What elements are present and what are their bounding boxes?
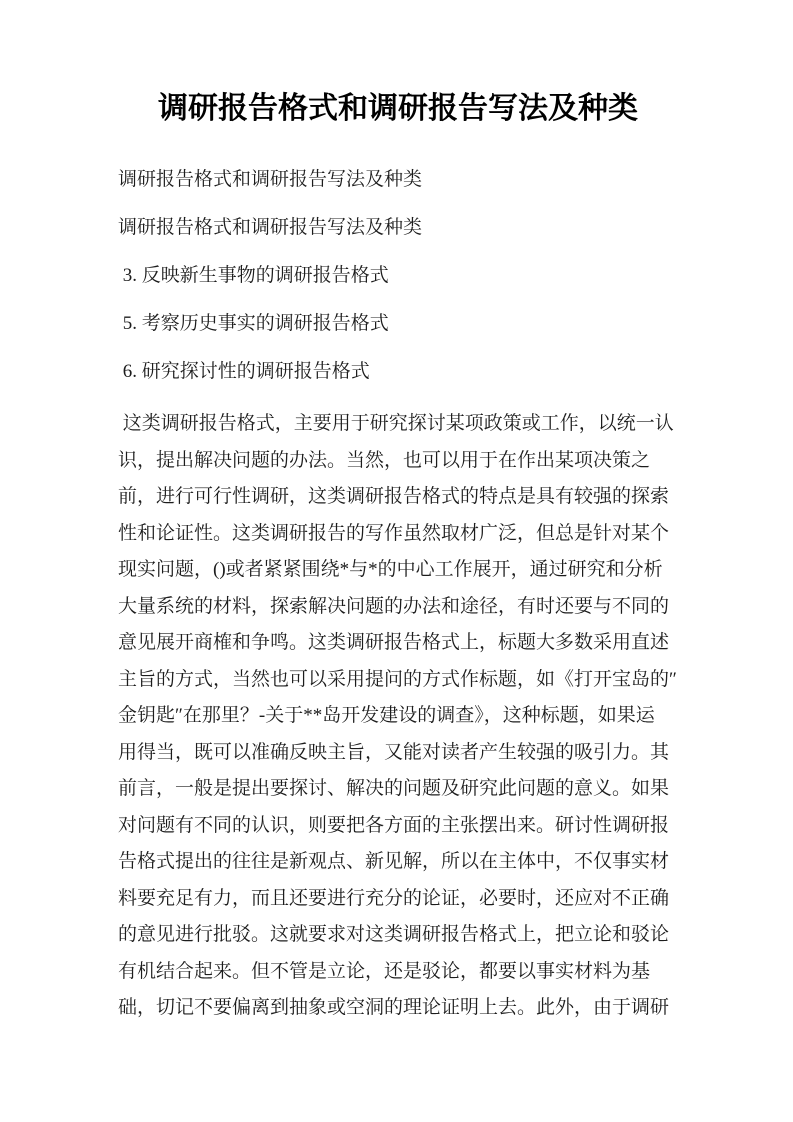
body-line: 现实问题，()或者紧紧围绕*与*的中心工作展开，通过研究和分析 xyxy=(118,552,678,589)
list-item: 6. 研究探讨性的调研报告格式 xyxy=(118,358,678,386)
document-content: 调研报告格式和调研报告写法及种类 调研报告格式和调研报告写法及种类调研报告格式和… xyxy=(118,88,678,1027)
body-paragraph: 这类调研报告格式，主要用于研究探讨某项政策或工作，以统一认识，提出解决问题的办法… xyxy=(118,406,678,1027)
body-line: 前言，一般是提出要探讨、解决的问题及研究此问题的意义。如果 xyxy=(118,771,678,808)
body-line: 意见展开商榷和争鸣。这类调研报告格式上，标题大多数采用直述 xyxy=(118,625,678,662)
body-line: 主旨的方式，当然也可以采用提问的方式作标题，如《打开宝岛的″ xyxy=(118,662,678,699)
heading-line: 调研报告格式和调研报告写法及种类 xyxy=(118,166,678,194)
body-line: 础，切记不要偏离到抽象或空洞的理论证明上去。此外，由于调研 xyxy=(118,990,678,1027)
body-line: 有机结合起来。但不管是立论，还是驳论，都要以事实材料为基 xyxy=(118,954,678,991)
body-line: 对问题有不同的认识，则要把各方面的主张摆出来。研讨性调研报 xyxy=(118,808,678,845)
body-line: 大量系统的材料，探索解决问题的办法和途径，有时还要与不同的 xyxy=(118,589,678,626)
body-line: 识，提出解决问题的办法。当然，也可以用于在作出某项决策之 xyxy=(118,443,678,480)
list-item: 5. 考察历史事实的调研报告格式 xyxy=(118,310,678,338)
list-item: 3. 反映新生事物的调研报告格式 xyxy=(118,262,678,290)
document-title: 调研报告格式和调研报告写法及种类 xyxy=(118,88,678,130)
document-page: 调研报告格式和调研报告写法及种类 调研报告格式和调研报告写法及种类调研报告格式和… xyxy=(0,0,793,1122)
body-line: 金钥匙″在那里？-关于**岛开发建设的调查》，这种标题，如果运 xyxy=(118,698,678,735)
body-line: 性和论证性。这类调研报告的写作虽然取材广泛，但总是针对某个 xyxy=(118,516,678,553)
body-line: 用得当，既可以准确反映主旨，又能对读者产生较强的吸引力。其 xyxy=(118,735,678,772)
body-line: 告格式提出的往往是新观点、新见解，所以在主体中，不仅事实材 xyxy=(118,844,678,881)
body-line: 的意见进行批驳。这就要求对这类调研报告格式上，把立论和驳论 xyxy=(118,917,678,954)
body-line: 这类调研报告格式，主要用于研究探讨某项政策或工作，以统一认 xyxy=(118,406,678,443)
heading-line: 调研报告格式和调研报告写法及种类 xyxy=(118,214,678,242)
numbered-list: 3. 反映新生事物的调研报告格式 5. 考察历史事实的调研报告格式 6. 研究探… xyxy=(118,262,678,386)
body-line: 前，进行可行性调研，这类调研报告格式的特点是具有较强的探索 xyxy=(118,479,678,516)
body-line: 料要充足有力，而且还要进行充分的论证，必要时，还应对不正确 xyxy=(118,881,678,918)
heading-lines: 调研报告格式和调研报告写法及种类调研报告格式和调研报告写法及种类 xyxy=(118,166,678,242)
